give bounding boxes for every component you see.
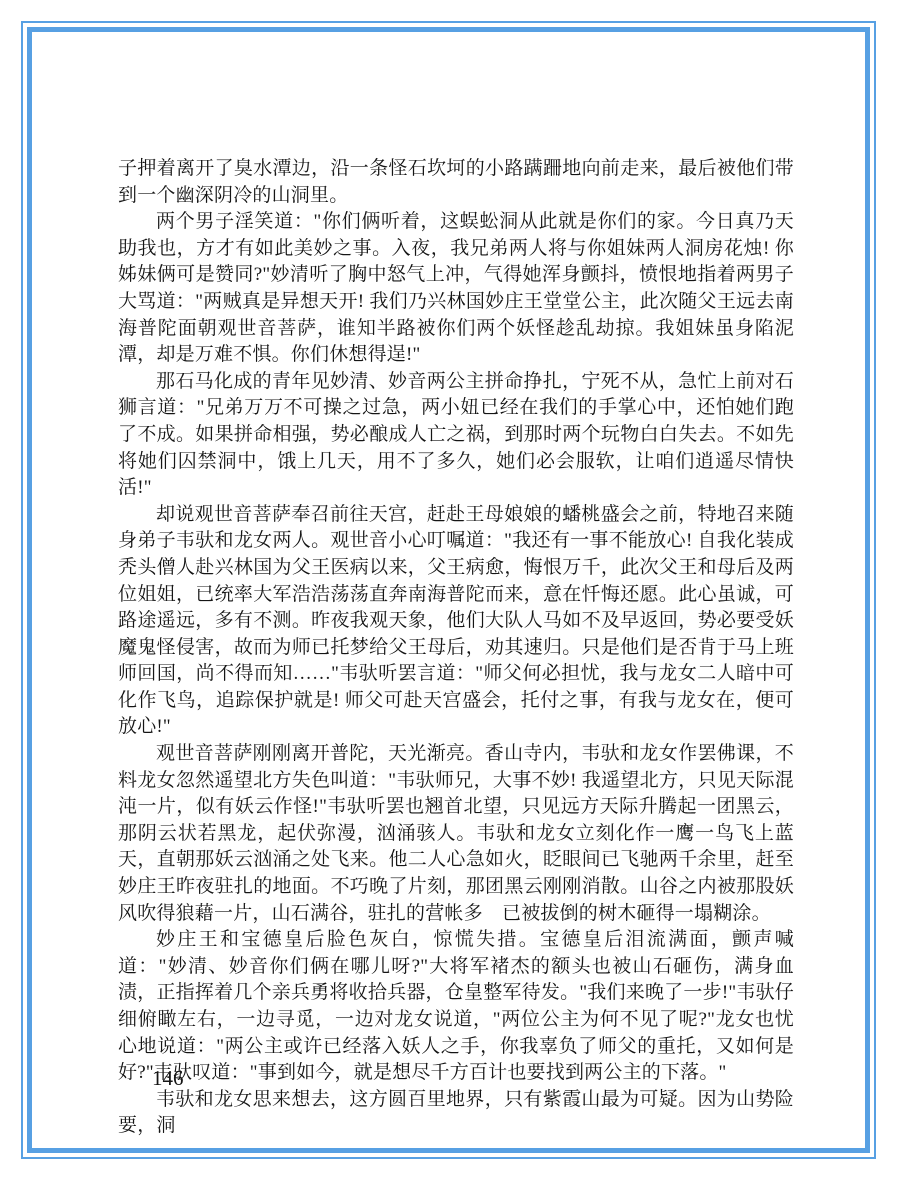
body-text: 子押着离开了臭水潭边，沿一条怪石坎坷的小路蹒跚地向前走来，最后被他们带到一个幽深… [118,156,794,1140]
paragraph: 韦驮和龙女思来想去，这方圆百里地界，只有紫霞山最为可疑。因为山势险要，洞 [118,1087,794,1140]
paragraph: 子押着离开了臭水潭边，沿一条怪石坎坷的小路蹒跚地向前走来，最后被他们带到一个幽深… [118,156,794,209]
paragraph: 妙庄王和宝德皇后脸色灰白，惊慌失措。宝德皇后泪流满面，颤声喊道："妙清、妙音你们… [118,927,794,1087]
paragraph: 两个男子淫笑道："你们俩听着，这蜈蚣洞从此就是你们的家。今日真乃天助我也，方才有… [118,209,794,369]
page-number: 146 [152,1066,184,1091]
paragraph: 却说观世音菩萨奉召前往天宫，赶赴王母娘娘的蟠桃盛会之前，特地召来随身弟子韦驮和龙… [118,502,794,741]
book-page: 子押着离开了臭水潭边，沿一条怪石坎坷的小路蹒跚地向前走来，最后被他们带到一个幽深… [0,0,900,1184]
paragraph: 观世音菩萨刚刚离开普陀，天光渐亮。香山寺内，韦驮和龙女作罢佛课，不料龙女忽然遥望… [118,741,794,927]
paragraph: 那石马化成的青年见妙清、妙音两公主拼命挣扎，宁死不从，急忙上前对石狮言道："兄弟… [118,369,794,502]
